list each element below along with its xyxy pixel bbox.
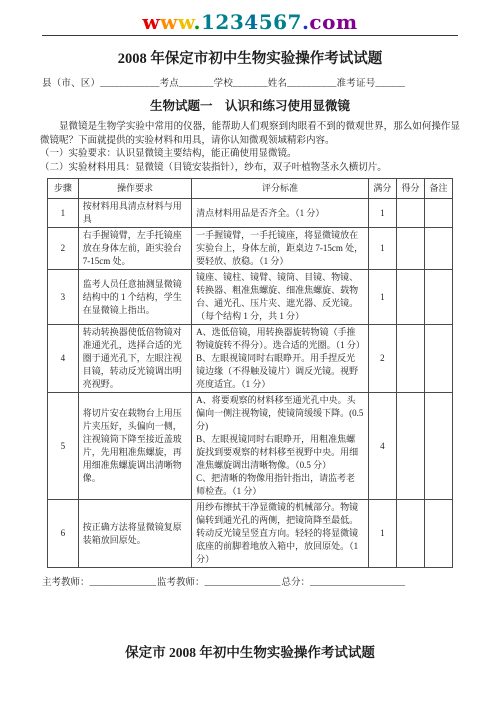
column-header: 备注 xyxy=(425,179,453,199)
site-url-char: . xyxy=(194,10,201,34)
site-url-char: w xyxy=(160,10,178,34)
score-cell xyxy=(397,270,425,325)
header-divider xyxy=(42,35,458,36)
site-url-char: 5 xyxy=(259,10,273,34)
criteria-cell: 一手握镜臂，一手托镜座，将显微镜放在实验台上，身体左前，距桌边 7-15cm 处… xyxy=(192,228,369,270)
operation-cell: 将切片安在载物台上用压片夹压好，头偏向一侧，注视镜筒下降至接近盖玻片，先用粗准焦… xyxy=(78,393,191,500)
site-url-char: m xyxy=(336,10,358,34)
requirement-line: （一）实验要求：认识显微镜主要结构，能正确使用显微镜。 xyxy=(40,148,460,162)
table-row: 3监考人员任意抽测显微镜结构中的 1 个结构，学生在显微镜上指出。镜座、镜柱、镜… xyxy=(48,270,453,325)
site-url-char: c xyxy=(309,10,322,34)
full-score-cell: 1 xyxy=(368,199,396,228)
intro-paragraph: 显微镜是生物学实验中常用的仪器，能帮助人们观察到肉眼看不到的微观世界，那么如何操… xyxy=(40,121,460,148)
table-row: 5将切片安在载物台上用压片夹压好，头偏向一侧，注视镜筒下降至接近盖玻片，先用粗准… xyxy=(48,393,453,500)
footer-title: 保定市 2008 年初中生物实验操作考试试题 xyxy=(0,641,500,661)
step-cell: 4 xyxy=(48,325,79,393)
signature-segment: 总分：____________________ xyxy=(282,578,406,588)
column-header: 评分标准 xyxy=(192,179,369,199)
criteria-line: B、左眼视镜同时右眼睁开。用手捏反光镜边缘（不得触及镜片）调反光镜。视野亮度适宜… xyxy=(196,352,364,391)
column-header: 得分 xyxy=(397,179,425,199)
table-row: 1按材料用具清点材料与用具清点材料用品是否齐全。（1 分）1 xyxy=(48,199,453,228)
note-cell xyxy=(425,270,453,325)
signature-blank: ____________________ xyxy=(310,578,405,588)
criteria-line: B、左眼视镜同时右眼睁开，用粗准焦螺旋找到要观察的材料移至视野中央。用细准焦螺旋… xyxy=(196,433,364,472)
site-url-char: o xyxy=(322,10,336,34)
criteria-cell: 用纱布擦拭干净显微镜的机械部分。物镜偏转到通光孔的两侧，把镜筒降至最低。转动反光… xyxy=(192,500,369,568)
materials-line: （二）实验材料用具：显微镜（目镜安装指针），纱布，双子叶植物茎永久横切片。 xyxy=(40,162,460,176)
signature-label: 主考教师： xyxy=(42,578,90,588)
step-cell: 6 xyxy=(48,500,79,568)
exam-paper-page: www.1234567.com 2008 年保定市初中生物实验操作考试试题 县（… xyxy=(0,0,500,708)
step-cell: 5 xyxy=(48,393,79,500)
signature-blank: ______________ xyxy=(90,578,157,588)
site-url-banner: www.1234567.com xyxy=(40,10,460,34)
criteria-line: A、将要观察的材料移至通光孔中央。头偏向一侧注视物镜，使镜筒缓缓下降。(0.5 … xyxy=(196,394,364,433)
criteria-cell: A、将要观察的材料移至通光孔中央。头偏向一侧注视物镜，使镜筒缓缓下降。(0.5 … xyxy=(192,393,369,500)
site-url-char: 2 xyxy=(215,10,229,34)
table-row: 4转动转换器使低倍物镜对准通光孔，选择合适的光圈于通光孔下，左眼注视目镜，转动反… xyxy=(48,325,453,393)
candidate-info-line: 县（市、区）____________考点_______学校_______姓名__… xyxy=(42,75,460,89)
site-url-char: w xyxy=(178,10,194,34)
section-title: 生物试题一 认识和练习使用显微镜 xyxy=(40,96,460,114)
column-header: 满分 xyxy=(368,179,396,199)
score-cell xyxy=(397,325,425,393)
signature-line: 主考教师：______________监考教师：________________… xyxy=(42,574,460,588)
note-cell xyxy=(425,199,453,228)
signature-label: 监考教师： xyxy=(157,578,205,588)
operation-cell: 按正确方法将显微镜复原装箱放回原处。 xyxy=(78,500,191,568)
criteria-cell: 镜座、镜柱、镜臂、镜筒、目镜、物镜、转换器、粗准焦螺旋、细准焦螺旋、载物台、通光… xyxy=(192,270,369,325)
criteria-cell: A、选低倍镜，用转换器旋转物镜（手推物镜旋转不得分）。选合适的光圈。（1 分）B… xyxy=(192,325,369,393)
note-cell xyxy=(425,393,453,500)
signature-segment: 监考教师：________________ xyxy=(157,578,281,588)
note-cell xyxy=(425,500,453,568)
note-cell xyxy=(425,228,453,270)
criteria-line: A、选低倍镜，用转换器旋转物镜（手推物镜旋转不得分）。选合适的光圈。（1 分） xyxy=(196,326,364,352)
score-cell xyxy=(397,500,425,568)
signature-blank: ________________ xyxy=(205,578,281,588)
site-url-char: 3 xyxy=(230,10,244,34)
criteria-line: C、把清晰的物像用指针指出，请监考老师检查。（1 分） xyxy=(196,472,364,498)
score-cell xyxy=(397,228,425,270)
full-score-cell: 4 xyxy=(368,393,396,500)
score-cell xyxy=(397,393,425,500)
signature-label: 总分： xyxy=(282,578,311,588)
score-cell xyxy=(397,199,425,228)
criteria-line: 一手握镜臂，一手托镜座，将显微镜放在实验台上，身体左前，距桌边 7-15cm 处… xyxy=(196,229,364,268)
criteria-line: 用纱布擦拭干净显微镜的机械部分。物镜偏转到通光孔的两侧，把镜筒降至最低。转动反光… xyxy=(196,501,364,566)
operation-cell: 右手握镜臂，左手托镜座放在身体左前，距实验台 7-15cm 处。 xyxy=(78,228,191,270)
site-url-char: 6 xyxy=(273,10,287,34)
criteria-line: 清点材料用品是否齐全。（1 分） xyxy=(196,207,364,220)
note-cell xyxy=(425,325,453,393)
scoring-table: 步骤操作要求评分标准满分得分备注 1按材料用具清点材料与用具清点材料用品是否齐全… xyxy=(47,178,453,568)
table-row: 2右手握镜臂，左手托镜座放在身体左前，距实验台 7-15cm 处。一手握镜臂，一… xyxy=(48,228,453,270)
step-cell: 2 xyxy=(48,228,79,270)
signature-segment: 主考教师：______________ xyxy=(42,578,156,588)
full-score-cell: 1 xyxy=(368,270,396,325)
operation-cell: 按材料用具清点材料与用具 xyxy=(78,199,191,228)
table-header-row: 步骤操作要求评分标准满分得分备注 xyxy=(48,179,453,199)
site-url-char: w xyxy=(142,10,160,34)
operation-cell: 监考人员任意抽测显微镜结构中的 1 个结构，学生在显微镜上指出。 xyxy=(78,270,191,325)
site-url-char: 1 xyxy=(201,10,215,34)
criteria-cell: 清点材料用品是否齐全。（1 分） xyxy=(192,199,369,228)
full-score-cell: 1 xyxy=(368,500,396,568)
step-cell: 1 xyxy=(48,199,79,228)
criteria-line: 镜座、镜柱、镜臂、镜筒、目镜、物镜、转换器、粗准焦螺旋、细准焦螺旋、载物台、通光… xyxy=(196,271,364,323)
page-title: 2008 年保定市初中生物实验操作考试试题 xyxy=(40,47,460,68)
full-score-cell: 1 xyxy=(368,228,396,270)
operation-cell: 转动转换器使低倍物镜对准通光孔，选择合适的光圈于通光孔下，左眼注视目镜，转动反光… xyxy=(78,325,191,393)
step-cell: 3 xyxy=(48,270,79,325)
column-header: 步骤 xyxy=(48,179,79,199)
column-header: 操作要求 xyxy=(78,179,191,199)
site-url-char: 4 xyxy=(244,10,258,34)
site-url-char: 7 xyxy=(288,10,302,34)
table-row: 6按正确方法将显微镜复原装箱放回原处。用纱布擦拭干净显微镜的机械部分。物镜偏转到… xyxy=(48,500,453,568)
full-score-cell: 2 xyxy=(368,325,396,393)
